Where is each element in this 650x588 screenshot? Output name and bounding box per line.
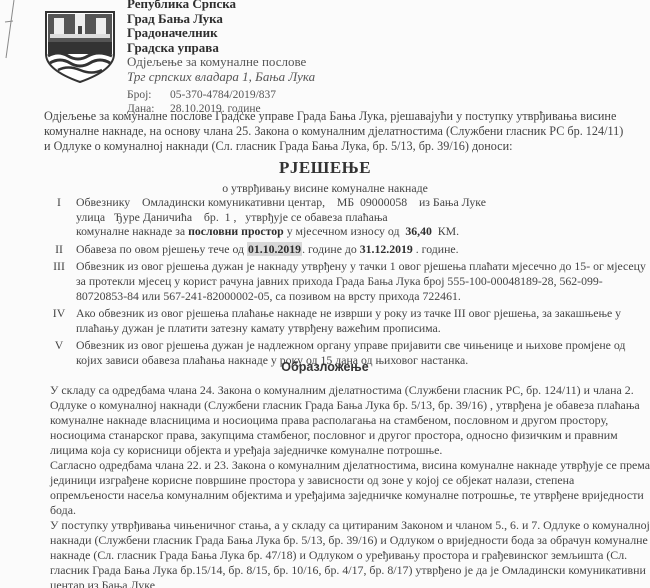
letterhead-administration: Градска управа (127, 41, 315, 56)
item-number: I (46, 195, 72, 210)
explanation-paragraph: Сагласно одредбама члана 22. и 23. Закон… (50, 458, 650, 518)
explanation-title: Образложење (0, 360, 650, 374)
letterhead-department: Одјељење за комуналне послове (127, 55, 315, 70)
explanation-paragraph: У складу са одредбама члана 24. Закона о… (50, 383, 650, 458)
letterhead-address: Трг српских владара 1, Бања Лука (127, 70, 315, 85)
item-number: II (46, 242, 72, 257)
number-value: 05-370-4784/2019/837 (170, 89, 276, 101)
letterhead: Република Српска Град Бања Лука Градонач… (127, 0, 315, 116)
intro-line: Одјељење за комуналне послове Градске уп… (44, 109, 644, 124)
banja-luka-coat-of-arms-icon (40, 4, 120, 84)
item-number: V (46, 338, 72, 353)
margin-pen-mark (2, 0, 16, 60)
item-number: III (46, 259, 72, 274)
item-number: IV (46, 306, 72, 321)
item-line: улица Ђуре Даничића бр. 1 , утврђује се … (76, 210, 646, 225)
letterhead-mayor: Градоначелник (127, 26, 315, 41)
obligation-end-date: 31.12.2019 (360, 242, 413, 256)
document-number: Број:05-370-4784/2019/837 (127, 88, 315, 102)
letterhead-city: Град Бања Лука (127, 12, 315, 27)
decision-item-i: I Обвезнику Омладински комуникативни цен… (46, 195, 646, 239)
explanation-body: У складу са одредбама члана 24. Закона о… (50, 383, 650, 588)
intro-line: комуналне накнаде, на основу члана 25. З… (44, 124, 644, 139)
intro-line: и Одлуке о комуналној накнади (Сл. гласн… (44, 139, 644, 154)
explanation-paragraph: У поступку утврђивања чињеничног стања, … (50, 518, 650, 588)
obligation-start-date: 01.10.2019 (247, 242, 302, 256)
item-line: комуналне накнаде за пословни простор у … (76, 224, 646, 239)
number-label: Број: (127, 88, 170, 102)
decision-item-iv: IV Ако обвезник из овог рјешења плаћање … (46, 306, 646, 335)
document-page: Република Српска Град Бања Лука Градонач… (0, 0, 650, 588)
intro-paragraph: Одјељење за комуналне послове Градске уп… (44, 109, 644, 153)
decision-item-iii: III Обвезник из овог рјешења дужан је на… (46, 259, 646, 303)
premises-type: пословни простор (188, 224, 284, 238)
monthly-amount: 36,40 (405, 224, 432, 238)
decision-items: I Обвезнику Омладински комуникативни цен… (46, 195, 646, 371)
decision-title: РЈЕШЕЊЕ (0, 158, 650, 178)
decision-subtitle: о утврђивању висине комуналне накнаде (0, 181, 650, 196)
decision-item-ii: II Обавеза по овом рјешењу тече од 01.10… (46, 242, 646, 257)
item-line: Обвезнику Омладински комуникативни цента… (76, 195, 646, 210)
letterhead-republic: Република Српска (127, 0, 315, 12)
